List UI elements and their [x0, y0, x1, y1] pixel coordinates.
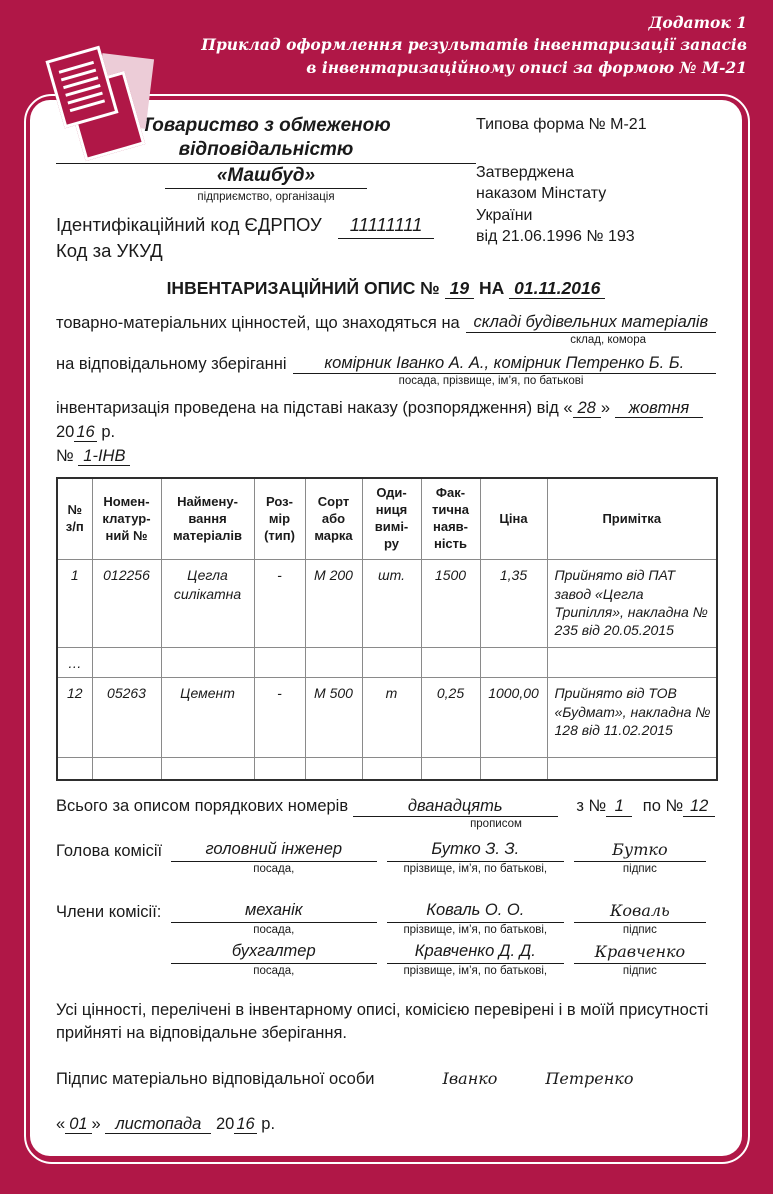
- table-row: 12 05263 Цемент - М 500 т 0,25 1000,00 П…: [57, 678, 717, 758]
- col-header-note: Примітка: [547, 478, 717, 560]
- table-row-ellipsis: …: [57, 648, 717, 678]
- col-header-nomenclature: Номен- клатур- ний №: [92, 478, 161, 560]
- table-row: 1 012256 Цегла силікатна - М 200 шт. 150…: [57, 560, 717, 648]
- committee-head-row: Голова комісії головний інженер посада, …: [56, 840, 716, 875]
- totals-value: дванадцять: [353, 797, 558, 817]
- intro-line-2-value: комірник Іванко А. А., комірник Петренко…: [293, 354, 716, 374]
- edrpou-label: Ідентифікаційний код ЄДРПОУ: [56, 214, 322, 235]
- caption-name: прізвище, ім’я, по батькові,: [387, 863, 564, 875]
- member2-name-value: Кравченко Д. Д.: [387, 942, 564, 964]
- edrpou-line: Ідентифікаційний код ЄДРПОУ11111111: [56, 213, 476, 239]
- inventory-table: № з/п Номен- клатур- ний № Наймену- ванн…: [56, 477, 718, 781]
- member2-signature: Кравченко: [574, 942, 706, 964]
- footer-date-month: листопада: [105, 1115, 211, 1134]
- order-year: 16: [74, 423, 96, 442]
- totals-label: Всього за описом порядкових номерів: [56, 797, 348, 815]
- committee-members-label: Члени комісії:: [56, 901, 171, 936]
- footer-date-line: «01» листопада 2016 р.: [56, 1115, 716, 1134]
- responsible-signature-1: Іванко: [443, 1069, 498, 1088]
- order-day: 28: [573, 399, 601, 418]
- form-sheet: Товариство з обмеженою відповідальністю …: [30, 100, 742, 1156]
- col-header-num: № з/п: [57, 478, 92, 560]
- banner-line-1: Додаток 1: [0, 12, 747, 34]
- head-position-value: головний інженер: [171, 840, 377, 862]
- org-name-caption: підприємство, організація: [56, 191, 476, 203]
- order-number-label: №: [56, 447, 74, 465]
- caption-sign: підпис: [574, 863, 706, 875]
- approved-line-2: наказом Мінстату: [476, 183, 716, 205]
- approved-line-3: України: [476, 205, 716, 227]
- document-title: ІНВЕНТАРИЗАЦІЙНИЙ ОПИС № 19 НА 01.11.201…: [56, 278, 716, 299]
- table-header-row: № з/п Номен- клатур- ний № Наймену- ванн…: [57, 478, 717, 560]
- head-name-value: Бутко З. З.: [387, 840, 564, 862]
- intro-line-1-value: складі будівельних матеріалів: [466, 313, 716, 333]
- responsible-signature-2: Петренко: [545, 1069, 633, 1088]
- committee-member-row-2: бухгалтер посада, Кравченко Д. Д. прізви…: [56, 942, 716, 977]
- form-type-label: Типова форма № М-21: [476, 114, 716, 136]
- member1-position-value: механік: [171, 901, 377, 923]
- totals-from-label: з №: [576, 797, 606, 815]
- org-name-line2: «Машбуд»: [165, 164, 367, 190]
- head-signature: Бутко: [574, 840, 706, 862]
- form-info-block: Типова форма № М-21 Затверджена наказом …: [476, 114, 716, 264]
- col-header-actual: Фак- тична наяв- ність: [421, 478, 480, 560]
- title-date: 01.11.2016: [509, 278, 605, 299]
- intro-line-1-caption: склад, комора: [56, 334, 716, 346]
- committee-head-label: Голова комісії: [56, 840, 171, 875]
- order-line: інвентаризація проведена на підставі нак…: [56, 397, 716, 469]
- member2-position-value: бухгалтер: [171, 942, 377, 964]
- member1-signature: Коваль: [574, 901, 706, 923]
- totals-caption: прописом: [421, 818, 571, 830]
- footer-date-day: 01: [65, 1115, 91, 1134]
- intro-line-1-text: товарно-матеріальних цінностей, що знахо…: [56, 314, 460, 333]
- approved-line-4: від 21.06.1996 № 193: [476, 226, 716, 248]
- totals-to-value: 12: [683, 797, 715, 817]
- member1-name-value: Коваль О. О.: [387, 901, 564, 923]
- col-header-material: Наймену- вання матеріалів: [161, 478, 254, 560]
- document-page: Додаток 1 Приклад оформлення результатів…: [0, 0, 773, 1194]
- table-row-empty: [57, 758, 717, 780]
- edrpou-value: 11111111: [338, 213, 435, 239]
- col-header-unit: Оди- ниця вимі- ру: [362, 478, 421, 560]
- footer-date-year: 16: [234, 1115, 256, 1134]
- totals-from-value: 1: [606, 797, 632, 817]
- ukud-label: Код за УКУД: [56, 239, 476, 264]
- order-line-text: інвентаризація проведена на підставі нак…: [56, 399, 559, 417]
- confirmation-paragraph: Усі цінності, перелічені в інвентарному …: [56, 999, 716, 1045]
- order-month: жовтня: [615, 399, 704, 418]
- intro-line-1: товарно-матеріальних цінностей, що знахо…: [56, 313, 716, 333]
- committee-member-row-1: Члени комісії: механік посада, Коваль О.…: [56, 901, 716, 936]
- totals-to-label: по №: [643, 797, 683, 815]
- approved-line-1: Затверджена: [476, 162, 716, 184]
- title-na: НА: [479, 278, 504, 298]
- totals-line: Всього за описом порядкових номерів дван…: [56, 797, 716, 817]
- documents-icon: [40, 48, 160, 163]
- col-header-price: Ціна: [480, 478, 547, 560]
- caption-position: посада,: [171, 863, 377, 875]
- responsible-sign-line: Підпис матеріально відповідальної особи …: [56, 1069, 716, 1089]
- col-header-size: Роз- мір (тип): [254, 478, 305, 560]
- title-number: 19: [445, 278, 474, 299]
- order-number-value: 1-ІНВ: [78, 447, 130, 466]
- intro-line-2: на відповідальному зберіганні комірник І…: [56, 354, 716, 374]
- col-header-grade: Сорт або марка: [305, 478, 362, 560]
- intro-line-2-caption: посада, прізвище, ім’я, по батькові: [56, 375, 716, 387]
- responsible-sign-label: Підпис матеріально відповідальної особи: [56, 1070, 375, 1089]
- intro-line-2-text: на відповідальному зберіганні: [56, 355, 287, 374]
- title-label: ІНВЕНТАРИЗАЦІЙНИЙ ОПИС №: [167, 278, 440, 298]
